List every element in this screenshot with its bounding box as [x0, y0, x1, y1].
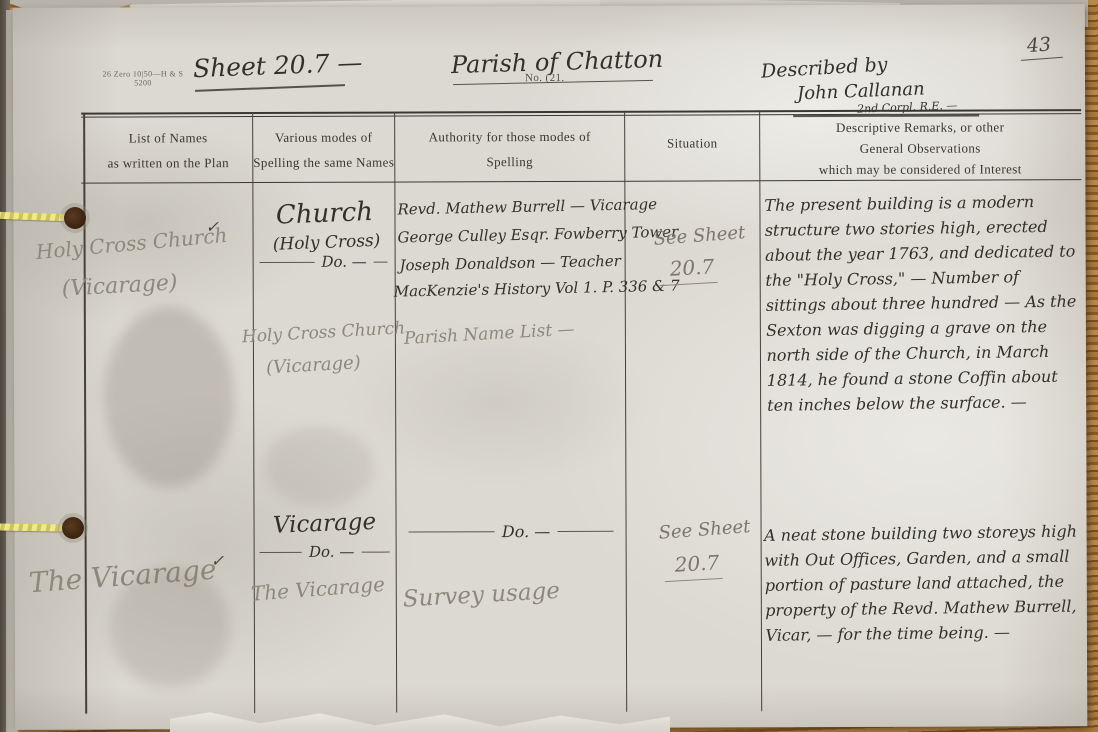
ditto-entry: Do. — — [257, 253, 391, 271]
spelling-entry: Vicarage — [257, 508, 392, 539]
authority-entry: Revd. Mathew Burrell — Vicarage — [397, 196, 622, 219]
bleed-through-smudge — [264, 427, 374, 507]
bleed-through-smudge — [110, 567, 230, 687]
header-line: as written on the Plan — [84, 150, 252, 176]
ditto-entry: Do. — — [399, 522, 624, 542]
header-line: General Observations — [760, 137, 1080, 159]
ditto-rule — [409, 531, 495, 532]
page-number-underline — [1021, 57, 1063, 61]
header-line: Descriptive Remarks, or other — [760, 116, 1080, 138]
authority-entry: Joseph Donaldson — Teacher — [397, 252, 622, 275]
column-divider-4 — [759, 110, 762, 711]
binding-twine — [0, 523, 64, 531]
imprint-line-1: 26 Zero 10|50—H & S — [83, 69, 203, 78]
authority-entry-pencil: Survey usage — [402, 578, 560, 613]
header-line: Various modes of — [253, 125, 394, 150]
printers-imprint: 26 Zero 10|50—H & S 5200 — [83, 69, 203, 87]
spelling-entry-pencil: (Vicarage) — [265, 352, 361, 378]
header-bottom-rule — [81, 179, 1081, 183]
column-header-remarks: Descriptive Remarks, or other General Ob… — [760, 116, 1080, 180]
described-by-label: Described by — [760, 54, 888, 83]
name-on-plan: Holy Cross Church — [35, 223, 228, 264]
header-line: Situation — [625, 135, 759, 151]
ditto-rule — [557, 531, 613, 532]
remarks-paragraph: A neat stone building two storeys high w… — [764, 518, 1084, 647]
column-divider-1 — [252, 112, 255, 713]
ditto-entry: Do. — — [258, 543, 392, 561]
header-line: Authority for those modes of — [395, 124, 624, 150]
authority-entry: George Culley Esqr. Fowberry Tower — [397, 224, 622, 247]
spelling-entry-pencil: Holy Cross Church — [241, 318, 405, 347]
name-book-page: 43 26 Zero 10|50—H & S 5200 Sheet 20.7 —… — [13, 4, 1088, 730]
ditto-rule — [260, 551, 302, 552]
ditto-rule — [374, 261, 388, 262]
table-left-border — [83, 113, 87, 714]
ditto-text: Do. — — [309, 543, 354, 561]
remarks-paragraph: The present building is a modern structu… — [764, 189, 1079, 418]
spelling-entry: Church — [258, 196, 391, 231]
binding-hole — [62, 517, 84, 539]
column-header-situation: Situation — [625, 135, 759, 151]
situation-entry: 20.7 — [669, 254, 715, 280]
check-mark: ✓ — [205, 217, 218, 236]
name-on-plan: (Vicarage) — [61, 270, 178, 301]
ditto-rule — [259, 261, 314, 262]
column-header-spelling: Various modes of Spelling the same Names — [253, 125, 394, 175]
situation-entry: 20.7 — [674, 550, 720, 576]
header-line: List of Names — [84, 125, 252, 151]
header-line: Spelling — [395, 149, 624, 175]
situation-entry: See Sheet — [658, 516, 751, 544]
header-line: which may be considered of Interest — [760, 158, 1080, 180]
ditto-text: Do. — — [321, 253, 366, 271]
ditto-rule — [361, 551, 389, 552]
bleed-through-smudge — [104, 307, 235, 487]
imprint-line-2: 5200 — [83, 78, 203, 87]
situation-underline — [665, 578, 723, 582]
spelling-entry-pencil: The Vicarage — [250, 572, 386, 606]
binding-hole — [64, 207, 86, 229]
column-header-authority: Authority for those modes of Spelling — [395, 124, 624, 175]
check-mark: ✓ — [211, 551, 224, 570]
scanned-document-photo: 43 26 Zero 10|50—H & S 5200 Sheet 20.7 —… — [0, 0, 1098, 732]
column-header-names: List of Names as written on the Plan — [84, 125, 252, 176]
authority-entry-pencil: Parish Name List — — [403, 319, 575, 348]
sheet-number-underline — [195, 84, 345, 92]
page-number: 43 — [1026, 33, 1052, 57]
header-line: Spelling the same Names — [253, 150, 394, 175]
authority-entry: MacKenzie's History Vol 1. P. 336 & 7 — [394, 278, 627, 301]
ditto-text: Do. — — [502, 522, 550, 541]
sheet-number-handwritten: Sheet 20.7 — — [192, 48, 362, 83]
spelling-entry: (Holy Cross) — [263, 230, 390, 255]
